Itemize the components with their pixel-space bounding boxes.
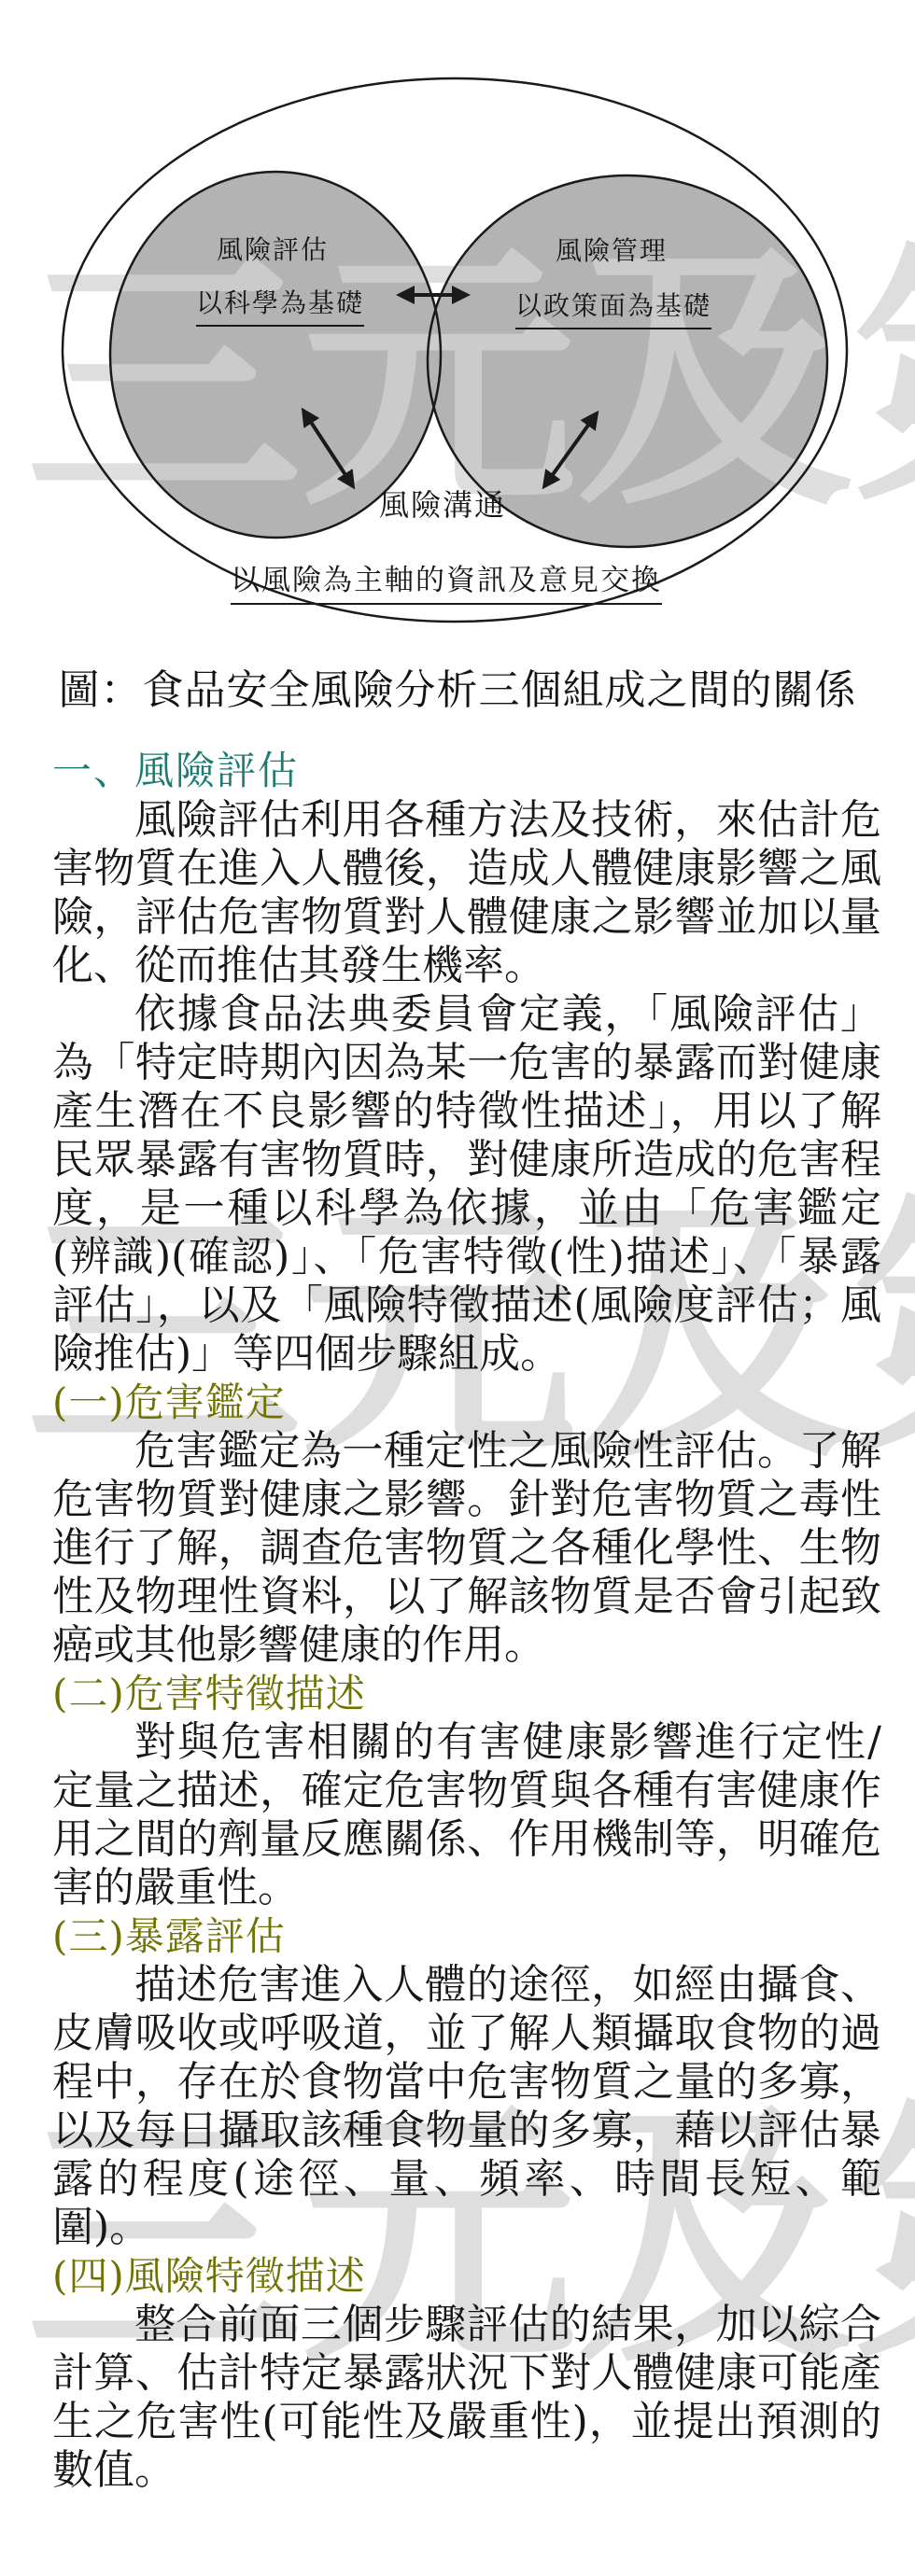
subsection-heading-4: (四)風險特徵描述 (52, 2252, 881, 2301)
risk-communication-label: 風險溝通 (379, 482, 506, 525)
management-communication-arrow (544, 413, 597, 486)
risk-communication-basis-label: 以風險為主軸的資訊及意見交換 (231, 556, 662, 605)
figure-caption: 圖：食品安全風險分析三個組成之間的關係 (0, 656, 915, 716)
subsection-heading-1: (一)危害鑑定 (52, 1379, 881, 1427)
risk-management-basis-label: 以政策面為基礎 (515, 286, 711, 329)
risk-assessment-label: 風險評估 (217, 230, 329, 267)
subsection-heading-3: (三)暴露評估 (52, 1912, 881, 1961)
risk-management-label: 風險管理 (556, 231, 668, 268)
paragraph: 對與危害相關的有害健康影響進行定性/定量之描述，確定危害物質與各種有害健康作用之… (52, 1718, 881, 1912)
subsection-heading-2: (二)危害特徵描述 (52, 1670, 881, 1718)
paragraph: 整合前面三個步驟評估的結果，加以綜合計算、估計特定暴露狀況下對人體健康可能產生之… (52, 2301, 881, 2495)
paragraph: 描述危害進入人體的途徑，如經由攝食、皮膚吸收或呼吸道，並了解人類攝取食物的過程中… (52, 1961, 881, 2252)
assessment-communication-arrow (303, 411, 353, 486)
risk-analysis-diagram (0, 0, 915, 653)
paragraph: 風險評估利用各種方法及技術，來估計危害物質在進入人體後，造成人體健康影響之風險，… (52, 796, 881, 990)
section-heading: 一、風險評估 (52, 746, 881, 796)
document-page: 三 元 及 第 三 元 及 第 三 元 及 第 風險評估 以科學為基礎 風險管理… (0, 0, 915, 2576)
paragraph: 依據食品法典委員會定義，「風險評估」為「特定時期內因為某一危害的暴露而對健康產生… (52, 990, 881, 1379)
risk-assessment-basis-label: 以科學為基礎 (196, 283, 364, 327)
article-body: 一、風險評估 風險評估利用各種方法及技術，來估計危害物質在進入人體後，造成人體健… (0, 746, 915, 2495)
paragraph: 危害鑑定為一種定性之風險性評估。了解危害物質對健康之影響。針對危害物質之毒性進行… (52, 1427, 881, 1670)
outer-ellipse (63, 78, 847, 622)
